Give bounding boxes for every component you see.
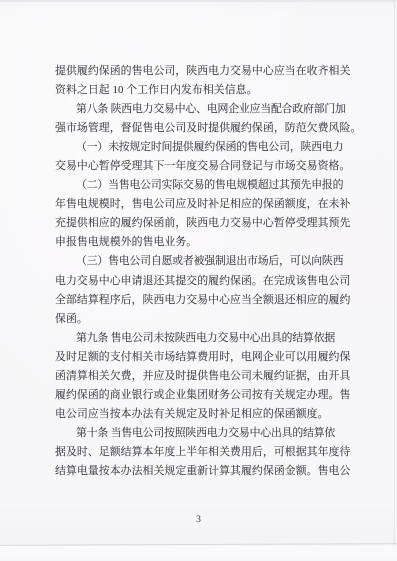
page-top-edge <box>0 0 397 2</box>
text-line: 交易中心暂停受理其下一年度交易合同登记与市场交易资格。 <box>55 157 349 176</box>
text-line: 函清算相关欠费，并应及时提供售电公司未履约证据，由开具 <box>55 367 349 386</box>
text-line: 资料之日起 10 个工作日内发布相关信息。 <box>55 81 349 100</box>
text-line: 申报售电规模外的售电业务。 <box>55 233 349 252</box>
text-line: 年售电规模时，售电公司应及时补足相应的保函额度，在未补 <box>55 195 349 214</box>
text-line: 履约保函的商业银行或企业集团财务公司按有关规定办理。售 <box>55 386 349 405</box>
text-line: 第十条 当售电公司按照陕西电力交易中心出具的结算依 <box>55 424 349 443</box>
text-line: 电公司应当按本办法有关规定及时补足相应的保函额度。 <box>55 405 349 424</box>
text-line: （一）未按规定时间提供履约保函的售电公司，陕西电力 <box>55 138 349 157</box>
text-line: 及时足额的支付相关市场结算费用时，电网企业可以用履约保 <box>55 348 349 367</box>
text-line: （二）当售电公司实际交易的售电规模超过其预先申报的 <box>55 176 349 195</box>
text-line: 强市场管理，督促售电公司及时提供履约保函，防范欠费风险。 <box>55 119 349 138</box>
scanner-background-strip <box>0 546 397 561</box>
page-right-edge <box>394 0 395 561</box>
document-body: 提供履约保函的售电公司，陕西电力交易中心应当在收齐相关资料之日起 10 个工作日… <box>55 62 349 481</box>
text-line: 充提供相应的履约保函前，陕西电力交易中心暂停受理其预先 <box>55 214 349 233</box>
text-line: （三）售电公司自愿或者被强制退出市场后，可以向陕西 <box>55 252 349 271</box>
text-line: 全部结算程序后，陕西电力交易中心应当全额退还相应的履约 <box>55 291 349 310</box>
text-line: 电力交易中心申请退还其提交的履约保函。在完成该售电公司 <box>55 272 349 291</box>
page-number: 3 <box>0 515 397 525</box>
text-line: 结算电量按本办法相关规定重新计算其履约保函金额。售电公 <box>55 462 349 481</box>
text-line: 据及时、足额结算本年度上半年相关费用后，可根据其年度待 <box>55 443 349 462</box>
scanned-document-page: 提供履约保函的售电公司，陕西电力交易中心应当在收齐相关资料之日起 10 个工作日… <box>0 0 397 561</box>
text-line: 第九条 售电公司未按陕西电力交易中心出具的结算依据 <box>55 329 349 348</box>
text-line: 第八条 陕西电力交易中心、电网企业应当配合政府部门加 <box>55 100 349 119</box>
text-line: 提供履约保函的售电公司，陕西电力交易中心应当在收齐相关 <box>55 62 349 81</box>
text-line: 保函。 <box>55 310 349 329</box>
